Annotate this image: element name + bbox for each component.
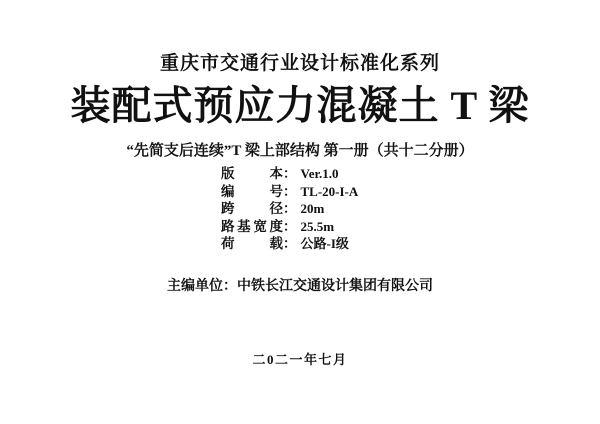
field-value: 25.5m: [301, 219, 335, 234]
field-row-roadbed-width: 路基宽度：25.5m: [221, 218, 358, 236]
field-colon: ：: [283, 166, 297, 181]
series-title: 重庆市交通行业设计标准化系列: [0, 48, 600, 75]
field-label: 编号: [221, 183, 283, 201]
spec-fields-block: 版本：Ver.1.0 编号：TL-20-I-A 跨径：20m 路基宽度：25.5…: [221, 165, 358, 253]
field-label: 版本: [221, 165, 283, 183]
field-row-span: 跨径：20m: [221, 200, 358, 218]
field-colon: ：: [283, 236, 297, 251]
field-colon: ：: [283, 219, 297, 234]
field-label: 路基宽度: [221, 218, 283, 236]
field-row-version: 版本：Ver.1.0: [221, 165, 358, 183]
field-value: Ver.1.0: [301, 166, 339, 181]
field-colon: ：: [283, 184, 297, 199]
subtitle: “先简支后连续”T 梁上部结构 第一册（共十二分册）: [0, 139, 600, 160]
main-title: 装配式预应力混凝土 T 梁: [0, 74, 600, 131]
publication-date: 二0二一年七月: [0, 349, 600, 368]
field-row-load: 荷载：公路-I级: [221, 235, 358, 253]
field-label: 跨径: [221, 200, 283, 218]
field-value: TL-20-I-A: [301, 184, 359, 199]
publisher-colon: ：: [223, 279, 237, 294]
field-value: 公路-I级: [301, 236, 349, 251]
publisher-name: 中铁长江交通设计集团有限公司: [237, 279, 433, 294]
field-label: 荷载: [221, 235, 283, 253]
document-cover-page: 重庆市交通行业设计标准化系列 装配式预应力混凝土 T 梁 “先简支后连续”T 梁…: [0, 0, 600, 424]
publisher-line: 主编单位：中铁长江交通设计集团有限公司: [0, 275, 600, 295]
field-row-number: 编号：TL-20-I-A: [221, 183, 358, 201]
field-value: 20m: [301, 201, 325, 216]
publisher-label: 主编单位: [167, 279, 223, 294]
field-colon: ：: [283, 201, 297, 216]
